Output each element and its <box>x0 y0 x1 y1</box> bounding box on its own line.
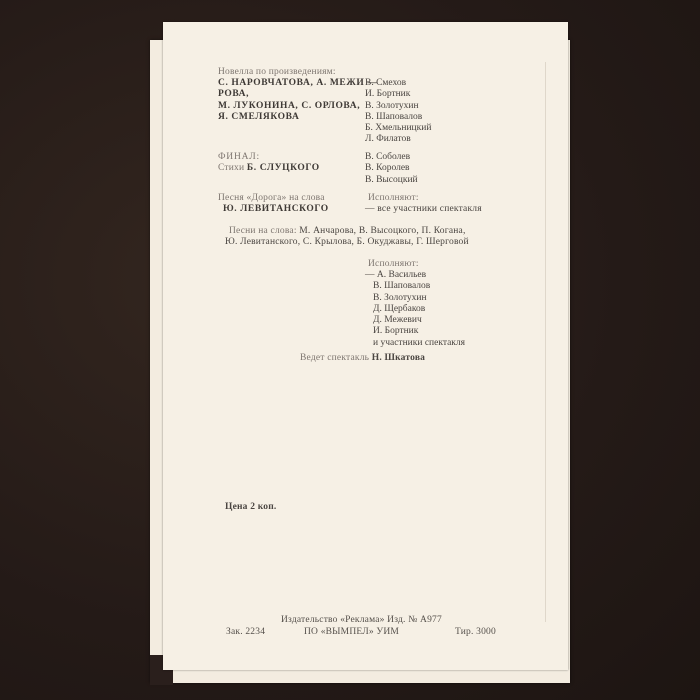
novella-intro: Новелла по произведениям: <box>218 67 336 79</box>
author-line: С. НАРОВЧАТОВА, А. МЕЖИ — <box>218 78 377 89</box>
cast-member: В. Шаповалов <box>365 112 431 123</box>
printer: ПО «ВЫМПЕЛ» УИМ <box>304 627 399 639</box>
print-run: Тир. 3000 <box>455 627 496 639</box>
novella-cast: В. Смехов И. Бортник В. Золотухин В. Шап… <box>365 78 431 146</box>
songs-line1: Песни на слова: М. Анчарова, В. Высоцког… <box>229 226 466 238</box>
performer: В. Золотухин <box>365 293 465 304</box>
songs-label: Песни на слова: <box>229 226 297 236</box>
song-label: Песня «Дорога» на слова <box>218 193 325 205</box>
song-author: Ю. ЛЕВИТАНСКОГО <box>223 204 329 216</box>
novella-authors: С. НАРОВЧАТОВА, А. МЕЖИ — РОВА, М. ЛУКОН… <box>218 78 377 123</box>
program-page: Новелла по произведениям: С. НАРОВЧАТОВА… <box>163 22 568 670</box>
cast-member: Л. Филатов <box>365 134 431 145</box>
song-performers-label: Исполняют: <box>368 193 419 205</box>
songs-performers-label: Исполняют: <box>368 259 419 271</box>
host-name: Н. Шкатова <box>372 353 425 363</box>
cast-member: В. Смехов <box>365 78 431 89</box>
songs-line2: Ю. Левитанского, С. Крылова, Б. Окуджавы… <box>225 237 469 249</box>
cast-member: В. Высоцкий <box>365 175 418 186</box>
performer: Д. Щербаков <box>365 304 465 315</box>
author-line: М. ЛУКОНИНА, С. ОРЛОВА, <box>218 101 377 112</box>
host-line: Ведет спектакль Н. Шкатова <box>300 353 425 365</box>
finale-cast: В. Соболев В. Королев В. Высоцкий <box>365 152 418 186</box>
cast-member: В. Золотухин <box>365 101 431 112</box>
cast-member: И. Бортник <box>365 89 431 100</box>
songs-performers: — А. Васильев В. Шаповалов В. Золотухин … <box>365 270 465 349</box>
cast-member: В. Королев <box>365 163 418 174</box>
cast-member: Б. Хмельницкий <box>365 123 431 134</box>
order-number: Зак. 2234 <box>226 627 265 639</box>
author-line: РОВА, <box>218 89 377 100</box>
songs-authors: М. Анчарова, В. Высоцкого, П. Когана, <box>299 226 465 236</box>
host-label: Ведет спектакль <box>300 353 369 363</box>
price: Цена 2 коп. <box>225 502 276 514</box>
poems-author: Б. СЛУЦКОГО <box>247 163 320 173</box>
finale-poems: Стихи Б. СЛУЦКОГО <box>218 163 320 175</box>
cast-member: В. Соболев <box>365 152 418 163</box>
performer: — А. Васильев <box>365 270 465 281</box>
performer: Д. Межевич <box>365 315 465 326</box>
poems-label: Стихи <box>218 163 244 173</box>
performer: В. Шаповалов <box>365 281 465 292</box>
publisher: Издательство «Реклама» Изд. № А977 <box>281 615 442 627</box>
author-line: Я. СМЕЛЯКОВА <box>218 112 377 123</box>
finale-title: ФИНАЛ: <box>218 152 260 164</box>
performer: И. Бортник <box>365 326 465 337</box>
song-performers: — все участники спектакля <box>365 204 482 216</box>
performer: и участники спектакля <box>365 338 465 349</box>
